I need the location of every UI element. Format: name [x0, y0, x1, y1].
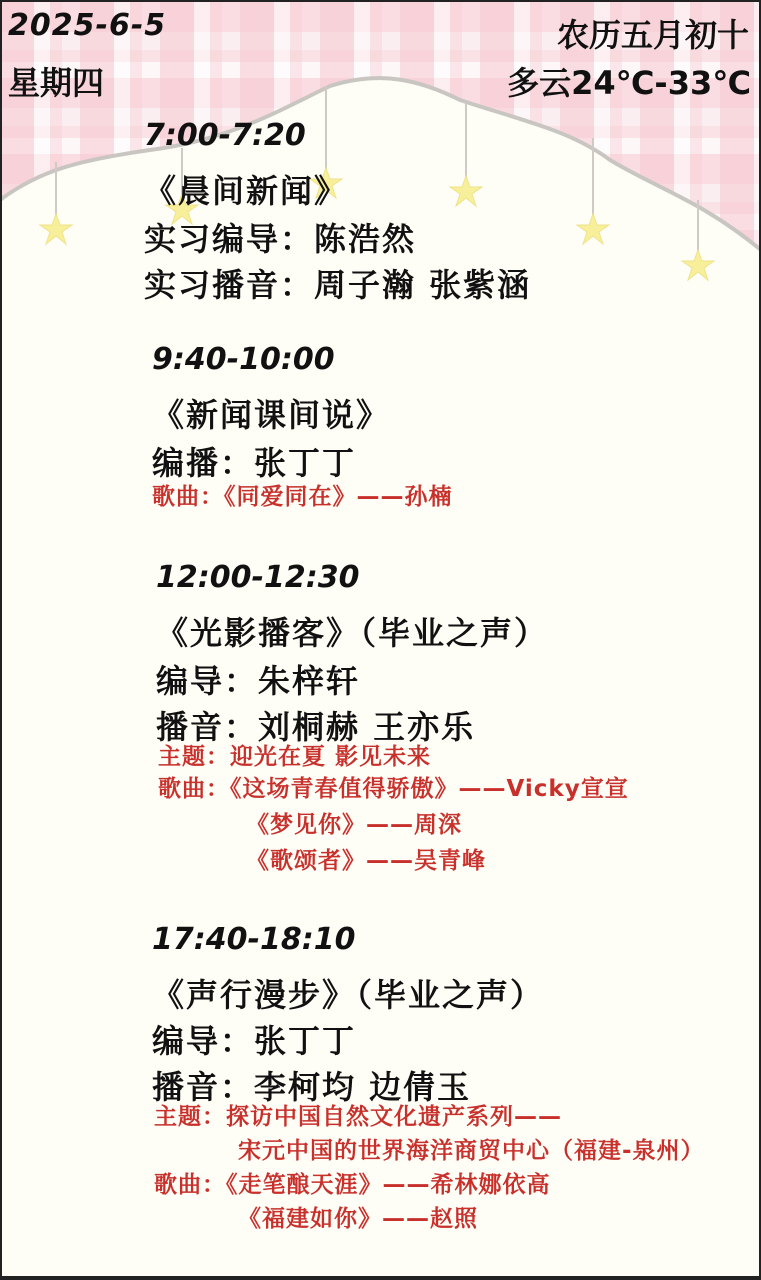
page-border: [0, 0, 761, 1280]
